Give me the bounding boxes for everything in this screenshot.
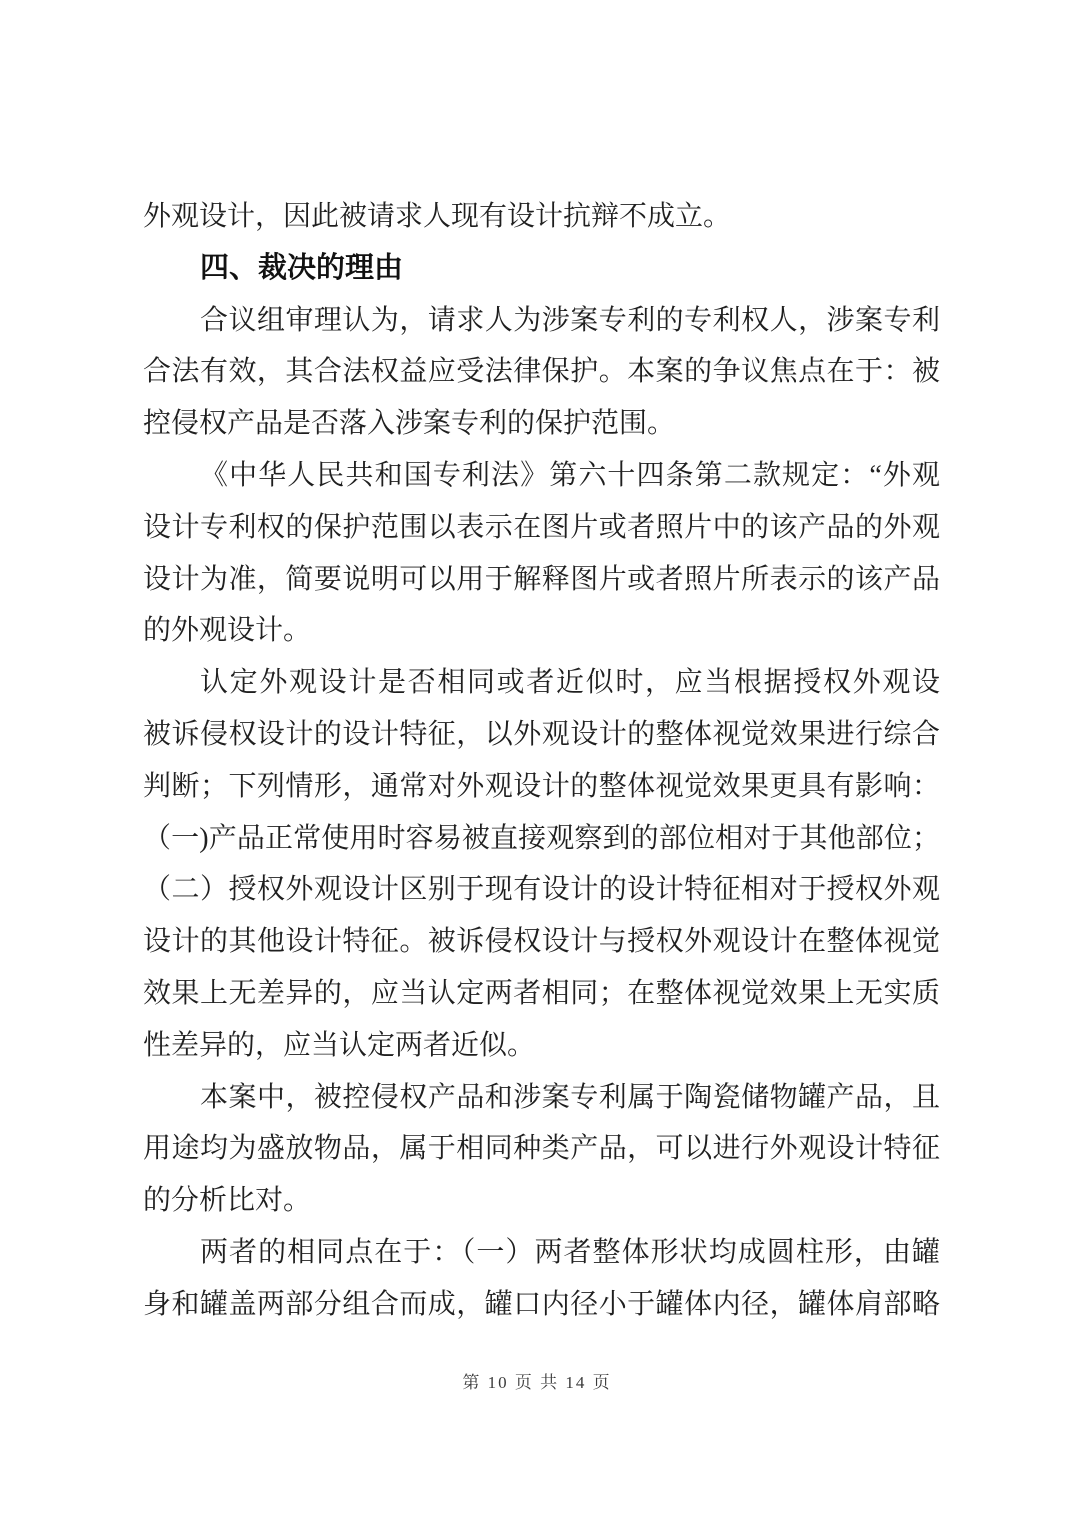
page-footer: 第 10 页 共 14 页 [0,1368,1074,1398]
text-line: 设计的其他设计特征。被诉侵权设计与授权外观设计在整体视觉 [143,916,940,968]
text-line: 设计专利权的保护范围以表示在图片或者照片中的该产品的外观 [143,502,940,554]
text-line: 外观设计，因此被请求人现有设计抗辩不成立。 [143,191,940,243]
text-line: 本案中，被控侵权产品和涉案专利属于陶瓷储物罐产品，且 [143,1072,940,1124]
text-line: 两者的相同点在于：（一）两者整体形状均成圆柱形，由罐 [143,1227,940,1279]
text-line: 的外观设计。 [143,605,940,657]
text-line: 设计为准，简要说明可以用于解释图片或者照片所表示的该产品 [143,554,940,606]
text-line: 合议组审理认为，请求人为涉案专利的专利权人，涉案专利 [143,295,940,347]
text-line: 效果上无差异的，应当认定两者相同；在整体视觉效果上无实质 [143,968,940,1020]
text-line: 合法有效，其合法权益应受法律保护。本案的争议焦点在于：被 [143,346,940,398]
text-line: 《中华人民共和国专利法》第六十四条第二款规定：“外观 [143,450,940,502]
text-line: 判断；下列情形，通常对外观设计的整体视觉效果更具有影响： [143,761,940,813]
text-line: （二）授权外观设计区别于现有设计的设计特征相对于授权外观 [143,864,940,916]
page-number: 第 10 页 共 14 页 [462,1373,611,1392]
text-line: 认定外观设计是否相同或者近似时，应当根据授权外观设计、 [143,657,940,709]
section-heading: 四、裁决的理由 [143,243,940,295]
text-line: 控侵权产品是否落入涉案专利的保护范围。 [143,398,940,450]
text-line: 性差异的，应当认定两者近似。 [143,1020,940,1072]
document-body: 外观设计，因此被请求人现有设计抗辩不成立。四、裁决的理由合议组审理认为，请求人为… [143,191,940,1331]
text-line: （一)产品正常使用时容易被直接观察到的部位相对于其他部位； [143,813,940,865]
document-page: 外观设计，因此被请求人现有设计抗辩不成立。四、裁决的理由合议组审理认为，请求人为… [0,0,1074,1520]
text-line: 用途均为盛放物品，属于相同种类产品，可以进行外观设计特征 [143,1123,940,1175]
text-line: 身和罐盖两部分组合而成，罐口内径小于罐体内径，罐体肩部略 [143,1279,940,1331]
text-line: 被诉侵权设计的设计特征，以外观设计的整体视觉效果进行综合 [143,709,940,761]
text-line: 的分析比对。 [143,1175,940,1227]
